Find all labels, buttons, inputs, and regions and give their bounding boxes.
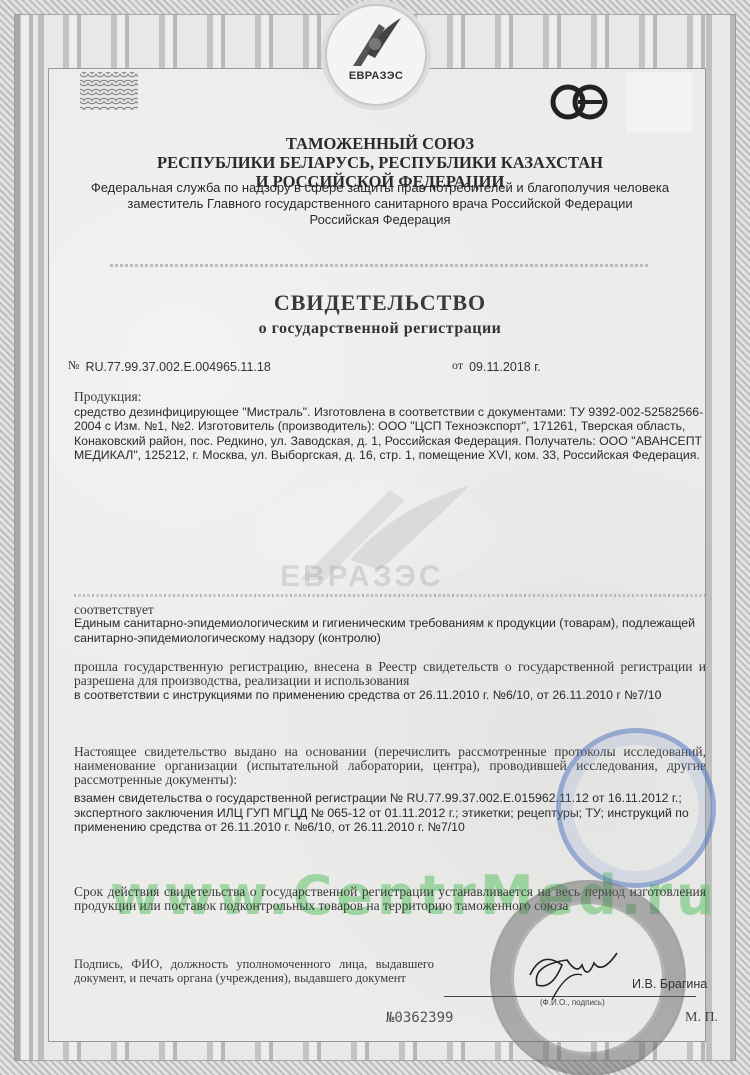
registration-date: от09.11.2018 г.	[452, 358, 541, 374]
product-section: Продукция: средство дезинфицирующее "Мис…	[74, 390, 706, 463]
agency-line-1: Федеральная служба по надзору в сфере за…	[60, 180, 700, 196]
certificate-title: СВИДЕТЕЛЬСТВО	[60, 290, 700, 316]
eurasec-emblem: ЕВРАЗЭС	[325, 4, 427, 106]
seal-place-mark: М. П.	[685, 1010, 718, 1026]
signer-name: И.В. Брагина	[632, 977, 707, 991]
emblem-label: ЕВРАЗЭС	[327, 70, 425, 82]
signature-caption: (Ф.И.О., подпись)	[540, 998, 605, 1007]
issuing-agency: Федеральная служба по надзору в сфере за…	[60, 180, 700, 228]
signature-icon	[522, 945, 632, 1005]
registration-instructions: в соответствии с инструкциями по примене…	[74, 688, 706, 703]
eurasec-watermark-text: ЕВРАЗЭС	[280, 560, 444, 594]
form-number: №0362399	[386, 1010, 453, 1026]
registration-section: прошла государственную регистрацию, внес…	[74, 660, 706, 703]
conformity-label: соответствует	[74, 604, 706, 616]
date-value: 09.11.2018 г.	[469, 360, 541, 374]
blue-stamp	[556, 728, 716, 888]
registration-statement: прошла государственную регистрацию, внес…	[74, 660, 706, 688]
product-description: средство дезинфицирующее "Мистраль". Изг…	[74, 405, 706, 463]
number-value: RU.77.99.37.002.E.004965.11.18	[85, 360, 270, 374]
agency-line-2: заместитель Главного государственного са…	[60, 196, 700, 212]
agency-line-3: Российская Федерация	[60, 212, 700, 228]
guilloche-pattern	[80, 72, 138, 110]
conformity-text: Единым санитарно-эпидемиологическим и ги…	[74, 616, 706, 645]
fine-print-line	[110, 264, 650, 267]
blank-patch	[626, 72, 692, 132]
union-line-1: ТАМОЖЕННЫЙ СОЮЗ	[60, 134, 700, 153]
fine-print-line-2	[74, 594, 706, 597]
registration-number: №RU.77.99.37.002.E.004965.11.18	[68, 358, 271, 374]
certificate-subtitle: о государственной регистрации	[60, 320, 700, 338]
date-label: от	[452, 358, 463, 372]
number-label: №	[68, 358, 79, 372]
conformity-section: соответствует Единым санитарно-эпидемиол…	[74, 604, 706, 645]
signature-label: Подпись, ФИО, должность уполномоченного …	[74, 958, 434, 985]
product-label: Продукция:	[74, 390, 706, 405]
union-line-2: РЕСПУБЛИКИ БЕЛАРУСЬ, РЕСПУБЛИКИ КАЗАХСТА…	[60, 153, 700, 172]
se-conformity-mark-icon	[548, 82, 612, 122]
eurasec-bird-icon	[345, 14, 405, 70]
